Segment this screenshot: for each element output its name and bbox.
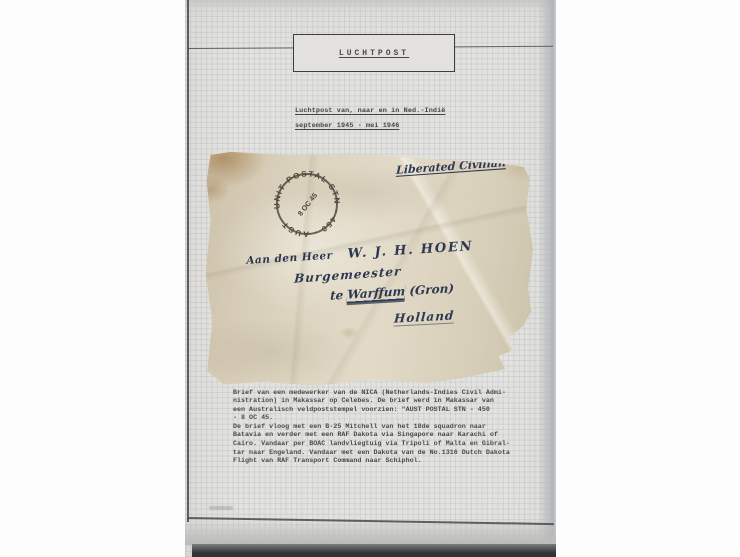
postmark-date: 8 OC 45 bbox=[296, 191, 320, 218]
frame-left-line bbox=[187, 0, 189, 522]
caption-line: Flight van RAF Transport Command naar Sc… bbox=[233, 457, 529, 466]
caption-line: een Australisch veldpoststempel voorzien… bbox=[233, 406, 529, 415]
title-box: LUCHTPOST bbox=[293, 34, 455, 72]
heading-line2: september 1945 - mei 1946 bbox=[295, 122, 399, 130]
postmark: UNIT POSTAL STN - 450 - AUST 8 OC 45 bbox=[268, 165, 346, 243]
caption-line: tar naar Engeland. Vandaar met een Dakot… bbox=[233, 449, 529, 458]
address-province: (Gron) bbox=[409, 281, 454, 298]
title-label: LUCHTPOST bbox=[339, 49, 409, 58]
photo-backdrop: LUCHTPOST Luchtpost van, naar en in Ned.… bbox=[0, 0, 740, 557]
heading-line1: Luchtpost van, naar en in Ned.-Indië bbox=[295, 107, 445, 115]
envelope: UNIT POSTAL STN - 450 - AUST 8 OC 45 Dut… bbox=[204, 149, 533, 388]
caption-line: Batavia en verder met een RAF Dakota via… bbox=[233, 431, 529, 440]
caption-line: - 8 OC 45. bbox=[233, 414, 529, 423]
table-shadow-strip bbox=[192, 544, 556, 557]
caption-line: Cairo. Vandaar per BOAC landvliegtuig vi… bbox=[233, 440, 529, 449]
album-page: LUCHTPOST Luchtpost van, naar en in Ned.… bbox=[185, 0, 556, 557]
pencil-smudge bbox=[209, 506, 233, 510]
endorsement-dutch: Dutch bbox=[418, 149, 435, 156]
caption-line: nistration) in Makassar op Celebes. De b… bbox=[233, 397, 529, 406]
page-top-edge-shadow bbox=[185, 0, 556, 10]
address-te: te bbox=[330, 288, 344, 303]
caption-block: Brief van een medewerker van de NICA (Ne… bbox=[233, 389, 529, 466]
page-right-edge-shadow bbox=[538, 0, 556, 557]
caption-line: Brief van een medewerker van de NICA (Ne… bbox=[233, 389, 529, 398]
caption-line: De brief vloog met een B-25 Mitchell van… bbox=[233, 423, 529, 432]
